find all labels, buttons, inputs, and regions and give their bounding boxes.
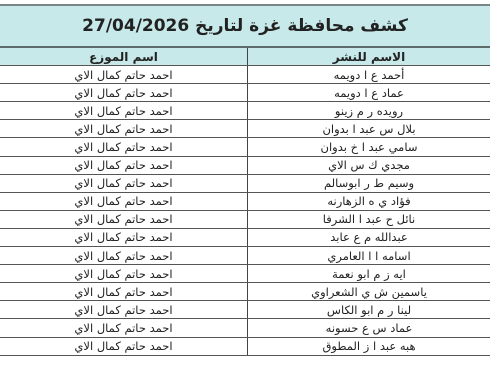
- table-row: مجدي ك س الاياحمد حاتم كمال الاي: [0, 156, 490, 174]
- table-row: أحمد ع ا دويمهاحمد حاتم كمال الاي: [0, 66, 490, 84]
- table-row: سامي عبد ا خ بدواناحمد حاتم كمال الاي: [0, 138, 490, 156]
- table-row: عماد س ع حسونهاحمد حاتم كمال الاي: [0, 319, 490, 337]
- cell-distributor-name: احمد حاتم كمال الاي: [0, 120, 248, 138]
- cell-name-for-publication: ايه ز م ابو نعمة: [248, 265, 490, 283]
- cell-distributor-name: احمد حاتم كمال الاي: [0, 337, 248, 355]
- cell-distributor-name: احمد حاتم كمال الاي: [0, 319, 248, 337]
- cell-name-for-publication: لينا ر م ابو الكاس: [248, 301, 490, 319]
- distribution-table: الاسم للنشر اسم الموزع أحمد ع ا دويمهاحم…: [0, 48, 490, 356]
- cell-distributor-name: احمد حاتم كمال الاي: [0, 156, 248, 174]
- cell-name-for-publication: هبه عبد ا ز المطوق: [248, 337, 490, 355]
- header-distributor-name: اسم الموزع: [0, 48, 248, 66]
- cell-distributor-name: احمد حاتم كمال الاي: [0, 138, 248, 156]
- table-row: عماد ع ا دويمهاحمد حاتم كمال الاي: [0, 84, 490, 102]
- cell-distributor-name: احمد حاتم كمال الاي: [0, 102, 248, 120]
- header-name-for-publication: الاسم للنشر: [248, 48, 490, 66]
- table-header-row: الاسم للنشر اسم الموزع: [0, 48, 490, 66]
- cell-distributor-name: احمد حاتم كمال الاي: [0, 66, 248, 84]
- cell-name-for-publication: رويده ر م زينو: [248, 102, 490, 120]
- cell-distributor-name: احمد حاتم كمال الاي: [0, 228, 248, 246]
- table-row: اسامه ا ا العامرياحمد حاتم كمال الاي: [0, 247, 490, 265]
- cell-distributor-name: احمد حاتم كمال الاي: [0, 192, 248, 210]
- table-row: وسيم ط ر ابوسالماحمد حاتم كمال الاي: [0, 174, 490, 192]
- table-row: ايه ز م ابو نعمةاحمد حاتم كمال الاي: [0, 265, 490, 283]
- cell-distributor-name: احمد حاتم كمال الاي: [0, 247, 248, 265]
- cell-name-for-publication: ياسمين ش ي الشعراوي: [248, 283, 490, 301]
- cell-distributor-name: احمد حاتم كمال الاي: [0, 210, 248, 228]
- cell-name-for-publication: فؤاد ي ه الزهارنه: [248, 192, 490, 210]
- cell-distributor-name: احمد حاتم كمال الاي: [0, 283, 248, 301]
- table-row: نائل ح عبد ا الشرفااحمد حاتم كمال الاي: [0, 210, 490, 228]
- table-row: رويده ر م زينواحمد حاتم كمال الاي: [0, 102, 490, 120]
- table-row: لينا ر م ابو الكاساحمد حاتم كمال الاي: [0, 301, 490, 319]
- cell-name-for-publication: عبدالله م ع عابد: [248, 228, 490, 246]
- cell-name-for-publication: عماد ع ا دويمه: [248, 84, 490, 102]
- cell-name-for-publication: وسيم ط ر ابوسالم: [248, 174, 490, 192]
- cell-name-for-publication: أحمد ع ا دويمه: [248, 66, 490, 84]
- table-row: بلال س عبد ا بدواناحمد حاتم كمال الاي: [0, 120, 490, 138]
- cell-distributor-name: احمد حاتم كمال الاي: [0, 84, 248, 102]
- cell-name-for-publication: مجدي ك س الاي: [248, 156, 490, 174]
- document-title: كشف محافظة غزة لتاريخ 27/04/2026: [0, 6, 490, 48]
- cell-distributor-name: احمد حاتم كمال الاي: [0, 265, 248, 283]
- document-sheet: كشف محافظة غزة لتاريخ 27/04/2026 الاسم ل…: [0, 0, 490, 356]
- table-row: عبدالله م ع عابداحمد حاتم كمال الاي: [0, 228, 490, 246]
- cell-distributor-name: احمد حاتم كمال الاي: [0, 301, 248, 319]
- cell-name-for-publication: عماد س ع حسونه: [248, 319, 490, 337]
- cell-name-for-publication: بلال س عبد ا بدوان: [248, 120, 490, 138]
- table-row: فؤاد ي ه الزهارنهاحمد حاتم كمال الاي: [0, 192, 490, 210]
- cell-distributor-name: احمد حاتم كمال الاي: [0, 174, 248, 192]
- cell-name-for-publication: نائل ح عبد ا الشرفا: [248, 210, 490, 228]
- table-row: هبه عبد ا ز المطوقاحمد حاتم كمال الاي: [0, 337, 490, 355]
- cell-name-for-publication: سامي عبد ا خ بدوان: [248, 138, 490, 156]
- cell-name-for-publication: اسامه ا ا العامري: [248, 247, 490, 265]
- table-row: ياسمين ش ي الشعراوياحمد حاتم كمال الاي: [0, 283, 490, 301]
